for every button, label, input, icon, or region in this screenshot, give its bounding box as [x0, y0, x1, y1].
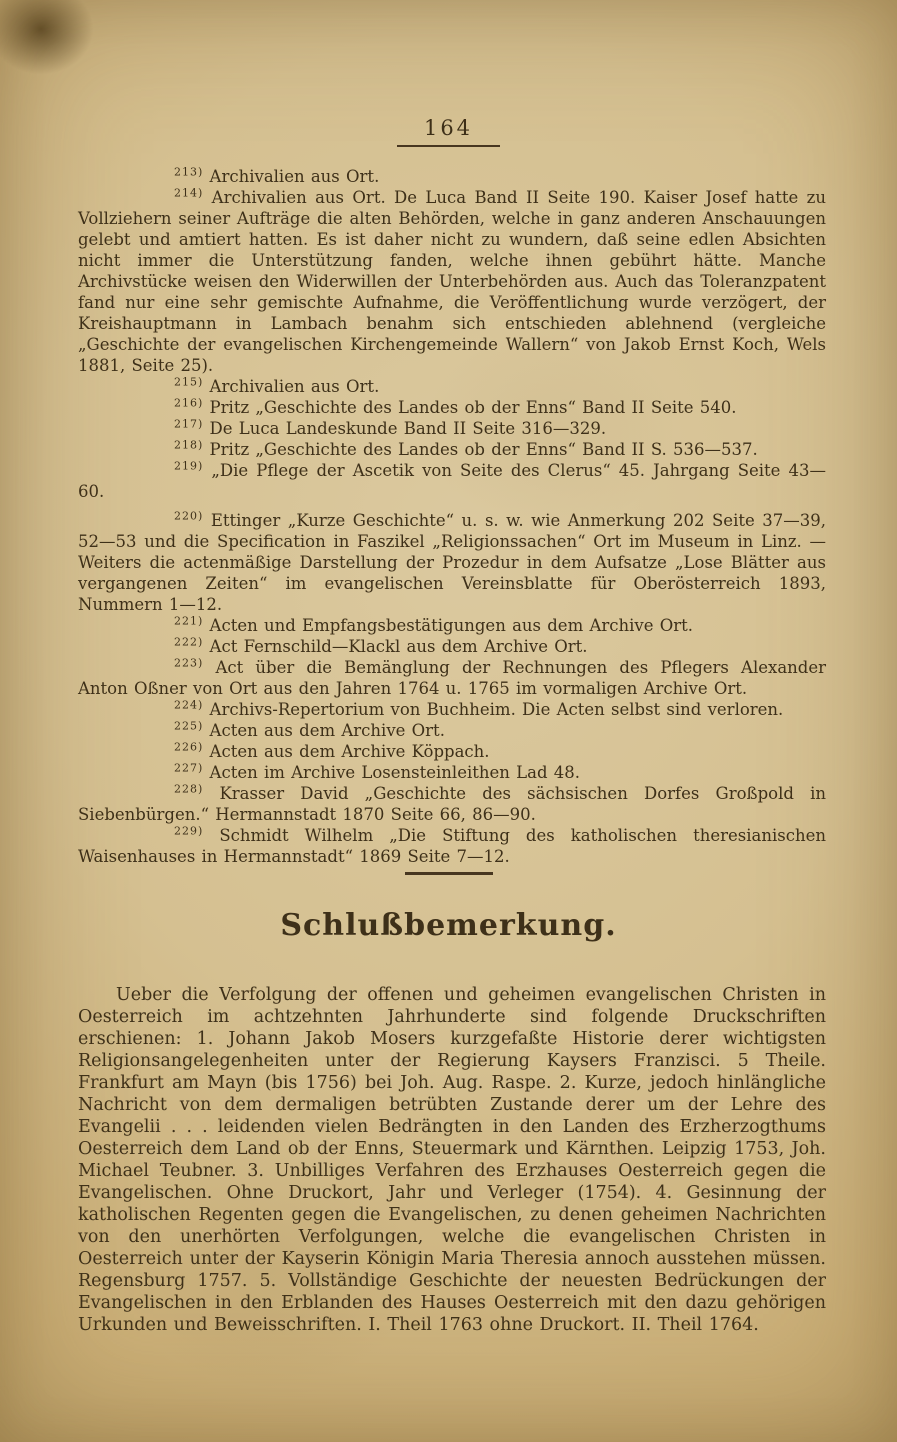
footnote-text: Act Fernschild—Klackl aus dem Archive Or…: [210, 637, 588, 656]
footnote: 226) Acten aus dem Archive Köppach.: [78, 741, 826, 762]
section-divider-rule: [405, 872, 493, 875]
footnote-marker: 221): [174, 615, 203, 628]
footnote-text: Acten aus dem Archive Köppach.: [210, 742, 490, 761]
footnote: 225) Acten aus dem Archive Ort.: [78, 720, 826, 741]
footnote-marker: 225): [174, 720, 203, 733]
footnote-marker: 213): [174, 166, 203, 179]
footnote: 216) Pritz „Geschichte des Landes ob der…: [78, 397, 826, 418]
footnote-marker: 229): [174, 825, 203, 838]
footnote-text: Archivalien aus Ort.: [210, 377, 380, 396]
footnote: 221) Acten und Empfangsbestätigungen aus…: [78, 615, 826, 636]
footnote-marker: 222): [174, 636, 203, 649]
footnote-text: Acten und Empfangsbestätigungen aus dem …: [210, 616, 694, 635]
book-page-scan: { "page_number": "164", "colors": { "pap…: [0, 0, 897, 1442]
closing-heading: Schlußbemerkung.: [0, 908, 897, 943]
page-number: 164: [397, 116, 500, 147]
footnote: 227) Acten im Archive Losensteinleithen …: [78, 762, 826, 783]
footnote-marker: 228): [174, 783, 203, 796]
footnote-text: Ettinger „Kurze Geschichte“ u. s. w. wie…: [78, 511, 826, 614]
footnote-marker: 219): [174, 460, 203, 473]
footnote: 220) Ettinger „Kurze Geschichte“ u. s. w…: [78, 510, 826, 615]
footnote-marker: 227): [174, 762, 203, 775]
footnotes-section: 213) Archivalien aus Ort. 214) Archivali…: [78, 166, 826, 867]
footnote: 219) „Die Pflege der Ascetik von Seite d…: [78, 460, 826, 502]
footnote-text: Archivs-Repertorium von Buchheim. Die Ac…: [210, 700, 784, 719]
footnote: 217) De Luca Landeskunde Band II Seite 3…: [78, 418, 826, 439]
footnote-text: Pritz „Geschichte des Landes ob der Enns…: [210, 398, 737, 417]
footnote-marker: 217): [174, 418, 203, 431]
footnote-text: Archivalien aus Ort. De Luca Band II Sei…: [78, 188, 826, 375]
footnote-text: De Luca Landeskunde Band II Seite 316—32…: [210, 419, 607, 438]
footnote: 218) Pritz „Geschichte des Landes ob der…: [78, 439, 826, 460]
footnote-text: Acten im Archive Losensteinleithen Lad 4…: [210, 763, 580, 782]
footnote-text: Acten aus dem Archive Ort.: [210, 721, 445, 740]
footnote: 213) Archivalien aus Ort.: [78, 166, 826, 187]
footnote: 223) Act über die Bemänglung der Rechnun…: [78, 657, 826, 699]
footnote-marker: 226): [174, 741, 203, 754]
page-header: 164: [0, 116, 897, 147]
closing-paragraph: Ueber die Verfolgung der offenen und geh…: [78, 984, 826, 1336]
footnote: 224) Archivs-Repertorium von Buchheim. D…: [78, 699, 826, 720]
page-corner-shadow: [0, 0, 116, 94]
footnote-marker: 215): [174, 376, 203, 389]
footnote-marker: 218): [174, 439, 203, 452]
footnote-marker: 223): [174, 657, 203, 670]
footnote-marker: 214): [174, 187, 203, 200]
footnote: 222) Act Fernschild—Klackl aus dem Archi…: [78, 636, 826, 657]
closing-section: Ueber die Verfolgung der offenen und geh…: [78, 984, 826, 1336]
footnote: 215) Archivalien aus Ort.: [78, 376, 826, 397]
footnote-text: Pritz „Geschichte des Landes ob der Enns…: [210, 440, 758, 459]
footnote: 229) Schmidt Wilhelm „Die Stiftung des k…: [78, 825, 826, 867]
footnote: 214) Archivalien aus Ort. De Luca Band I…: [78, 187, 826, 376]
footnote-text: Archivalien aus Ort.: [210, 167, 380, 186]
footnote-marker: 220): [174, 510, 203, 523]
footnote-marker: 216): [174, 397, 203, 410]
footnote: 228) Krasser David „Geschichte des sächs…: [78, 783, 826, 825]
footnote-marker: 224): [174, 699, 203, 712]
